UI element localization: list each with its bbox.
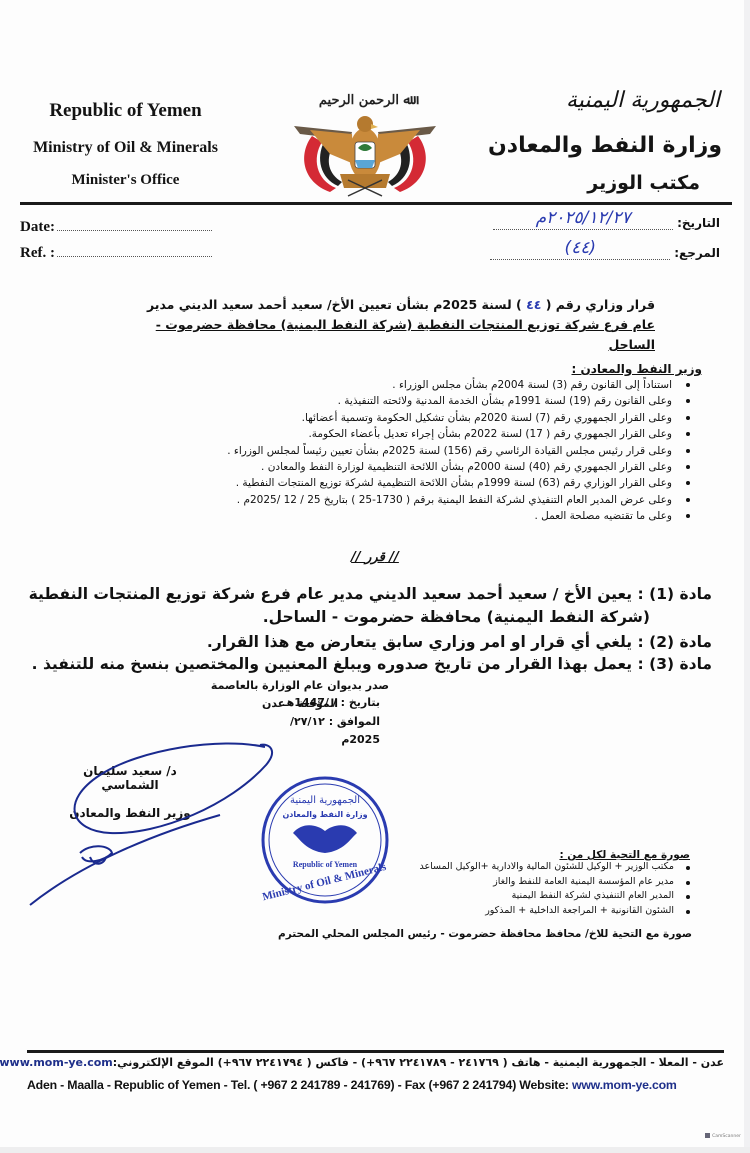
article-text: يعمل بهذا القرار من تاريخ صدوره ويبلغ ال… [32, 655, 632, 673]
decision-title-line-1: قرار وزاري رقم ( ٤٤ ) لسنة 2025م بشأن تع… [130, 295, 655, 315]
copies-item: المدير العام التنفيذي لشركة النفط اليمني… [354, 889, 674, 904]
preamble-item: وعلى ما تقتضيه مصلحة العمل . [152, 508, 672, 524]
copies-list: مكتب الوزير + الوكيل للشئون المالية والا… [354, 860, 692, 918]
ref-label-ar: المرجع: [674, 246, 720, 260]
article-text: يلغي أي قرار او امر وزاري سابق يتعارض مع… [207, 633, 632, 651]
signature-icon [20, 735, 290, 915]
preamble-item: وعلى عرض المدير العام التنفيذي لشركة الن… [152, 492, 672, 508]
article-text: يعين الأخ / سعيد أحمد سعيد الديني مدير ع… [29, 585, 633, 603]
scanner-logo-icon [705, 1133, 710, 1138]
article-1: مادة (1) : يعين الأخ / سعيد أحمد سعيد ال… [29, 583, 712, 605]
svg-text:ﷲ الرحمن الرحيم: ﷲ الرحمن الرحيم [319, 93, 420, 108]
svg-text:الجمهورية اليمنية: الجمهورية اليمنية [290, 795, 360, 806]
date-label-ar: التاريخ: [677, 216, 720, 230]
letterhead-ministry-en: Ministry of Oil & Minerals [18, 139, 233, 157]
letterhead-ministry-ar: وزارة النفط والمعادن [488, 133, 722, 158]
ref-value: (٤٤) [490, 238, 670, 260]
ref-label-en: Ref. : [20, 245, 55, 261]
footer-english: Aden - Maalla - Republic of Yemen - Tel.… [27, 1078, 724, 1092]
date-field-ar: التاريخ: ٢٠٢٥/١٢/٢٧م [493, 208, 720, 230]
date-line [57, 218, 212, 231]
letterhead-office-ar: مكتب الوزير [587, 172, 700, 194]
decision-title-line-2: عام فرع شركة توزيع المنتجات النفطية (شرك… [130, 315, 655, 355]
svg-text:وزارة النفط والمعادن: وزارة النفط والمعادن [282, 810, 367, 819]
document-page: Republic of Yemen Ministry of Oil & Mine… [0, 0, 750, 1153]
copies-item: مدير عام المؤسسة اليمنية العامة للنفط وا… [354, 875, 674, 890]
letterhead-country-ar: الجمهورية اليمنية [566, 88, 720, 113]
decides-heading: // قرر // [0, 550, 750, 565]
copies-governor-line: صورة مع التحية للاخ/ محافظ محافظة حضرموت… [322, 928, 692, 940]
decision-title: قرار وزاري رقم ( ٤٤ ) لسنة 2025م بشأن تع… [130, 295, 655, 355]
letterhead-office-en: Minister's Office [18, 172, 233, 189]
article-3: مادة (3) : يعمل بهذا القرار من تاريخ صدو… [32, 653, 712, 675]
date-field-en: Date: [20, 218, 212, 236]
minister-heading: وزير النفط والمعادن : [572, 362, 702, 376]
footer-english-address: Aden - Maalla - Republic of Yemen - Tel.… [27, 1078, 572, 1092]
svg-text:Republic of Yemen: Republic of Yemen [293, 860, 358, 869]
preamble-list: استناداً إلى القانون رقم (3) لسنة 2004م … [152, 377, 690, 525]
footer-arabic-website-link[interactable]: www.mom-ye.com [0, 1056, 113, 1069]
header-divider [20, 202, 732, 205]
copies-item: مكتب الوزير + الوكيل للشئون المالية والا… [354, 860, 674, 875]
article-2: مادة (2) : يلغي أي قرار او امر وزاري ساب… [207, 631, 712, 653]
preamble-item: استناداً إلى القانون رقم (3) لسنة 2004م … [152, 377, 672, 393]
footer-english-website-link[interactable]: www.mom-ye.com [572, 1078, 677, 1092]
footer-arabic: عدن - المعلا - الجمهورية اليمنية - هاتف … [27, 1056, 724, 1069]
ref-field-en: Ref. : [20, 244, 212, 262]
preamble-item: وعلى القانون رقم (19) لسنة 1991م بشأن ال… [152, 393, 672, 409]
article-label: مادة (1) : [638, 585, 713, 603]
date-label-en: Date: [20, 219, 55, 235]
letterhead-country-en: Republic of Yemen [18, 100, 233, 122]
scanner-badge: CamScanner [702, 1133, 744, 1147]
hijri-date: بتاريخ : / /1447هـ [250, 694, 380, 712]
copies-item: الشئون القانونية + المراجعة الداخلية + ا… [354, 904, 674, 919]
ref-field-ar: المرجع: (٤٤) [490, 238, 720, 260]
decision-number: ٤٤ [522, 297, 546, 312]
footer-divider [27, 1050, 724, 1053]
article-label: مادة (2) : [638, 633, 713, 651]
footer-arabic-address: عدن - المعلا - الجمهورية اليمنية - هاتف … [113, 1056, 724, 1069]
page-edge [0, 1147, 750, 1153]
yemen-emblem-icon: ﷲ الرحمن الرحيم [290, 84, 440, 202]
preamble-item: وعلى القرار الجمهوري رقم ( 17) لسنة 2022… [152, 426, 672, 442]
copies-respected: المحترم [278, 928, 319, 940]
preamble-item: وعلى القرار الوزاري رقم (63) لسنة 1999م … [152, 475, 672, 491]
date-value: ٢٠٢٥/١٢/٢٧م [493, 208, 673, 230]
article-1-continuation: (شركة النفط اليمنية) محافظة حضرموت - الس… [263, 606, 650, 628]
preamble-item: وعلى قرار رئيس مجلس القيادة الرئاسي رقم … [152, 443, 672, 459]
preamble-item: وعلى القرار الجمهوري رقم (40) لسنة 2000م… [152, 459, 672, 475]
ref-line [57, 244, 212, 257]
article-label: مادة (3) : [638, 655, 713, 673]
preamble-item: وعلى القرار الجمهوري رقم (7) لسنة 2020م … [152, 410, 672, 426]
page-edge [744, 0, 750, 1153]
